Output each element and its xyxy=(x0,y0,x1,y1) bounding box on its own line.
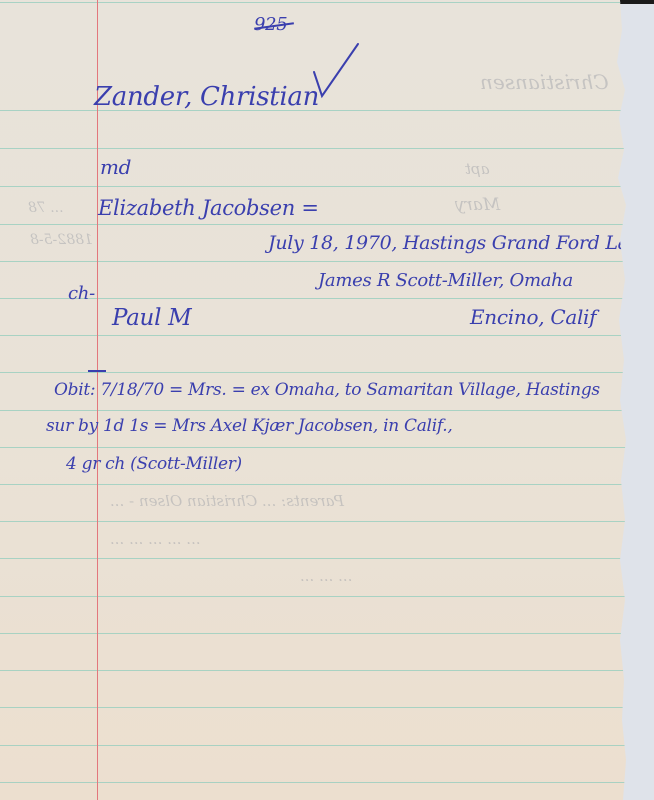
ruled-line xyxy=(0,484,626,485)
marriage-entry: July 18, 1970, Hastings Grand Ford Land xyxy=(268,232,652,254)
children-label: ch- xyxy=(68,283,95,304)
survivors-note: sur by 1d 1s = Mrs Axel Kjær Jacobsen, i… xyxy=(46,416,452,436)
bleed-through-text: ... 78 xyxy=(28,200,64,216)
ruled-line xyxy=(0,596,626,597)
child-name: Paul M xyxy=(112,305,191,331)
ruled-line xyxy=(0,558,626,559)
ruled-line xyxy=(0,707,626,708)
obituary-note: Obit: 7/18/70 = Mrs. = ex Omaha, to Sama… xyxy=(54,380,600,400)
ruled-line xyxy=(0,782,626,783)
ruled-line xyxy=(0,148,626,149)
ruled-line xyxy=(0,224,626,225)
bleed-through-text: Parents: ... Christian Olsen - ... xyxy=(110,492,344,510)
married-label: md xyxy=(100,155,131,179)
ruled-line xyxy=(0,633,626,634)
child-residence: Encino, Calif xyxy=(470,305,596,329)
bleed-through-text: apt xyxy=(465,160,490,178)
person-name: Zander, Christian xyxy=(94,82,319,112)
margin-line xyxy=(97,0,98,800)
ruled-line xyxy=(0,261,626,262)
check-mark-icon xyxy=(312,40,362,100)
ruled-line xyxy=(0,745,626,746)
bleed-through-text: ... ... ... xyxy=(300,567,352,585)
officiant-entry: James R Scott-Miller, Omaha xyxy=(318,270,573,291)
ruled-line xyxy=(0,521,626,522)
ruled-line xyxy=(0,670,626,671)
ruled-line xyxy=(0,410,626,411)
ruled-line xyxy=(0,335,626,336)
bleed-through-text: 1882-5-8 xyxy=(30,232,93,248)
dash-mark xyxy=(88,370,106,372)
ruled-line xyxy=(0,447,626,448)
bleed-through-text: Christiansen xyxy=(480,70,609,94)
grandchildren-note: 4 gr ch (Scott-Miller) xyxy=(66,454,242,474)
ruled-paper-sheet: Christiansen apt Mary ... 78 1882-5-8 Pa… xyxy=(0,0,626,800)
bleed-through-text: ... ... ... ... ... xyxy=(110,530,201,548)
bleed-through-text: Mary xyxy=(455,195,500,215)
ruled-line xyxy=(0,2,626,3)
spouse-name: Elizabeth Jacobsen = xyxy=(98,196,319,220)
ruled-line xyxy=(0,372,626,373)
ruled-line xyxy=(0,186,626,187)
